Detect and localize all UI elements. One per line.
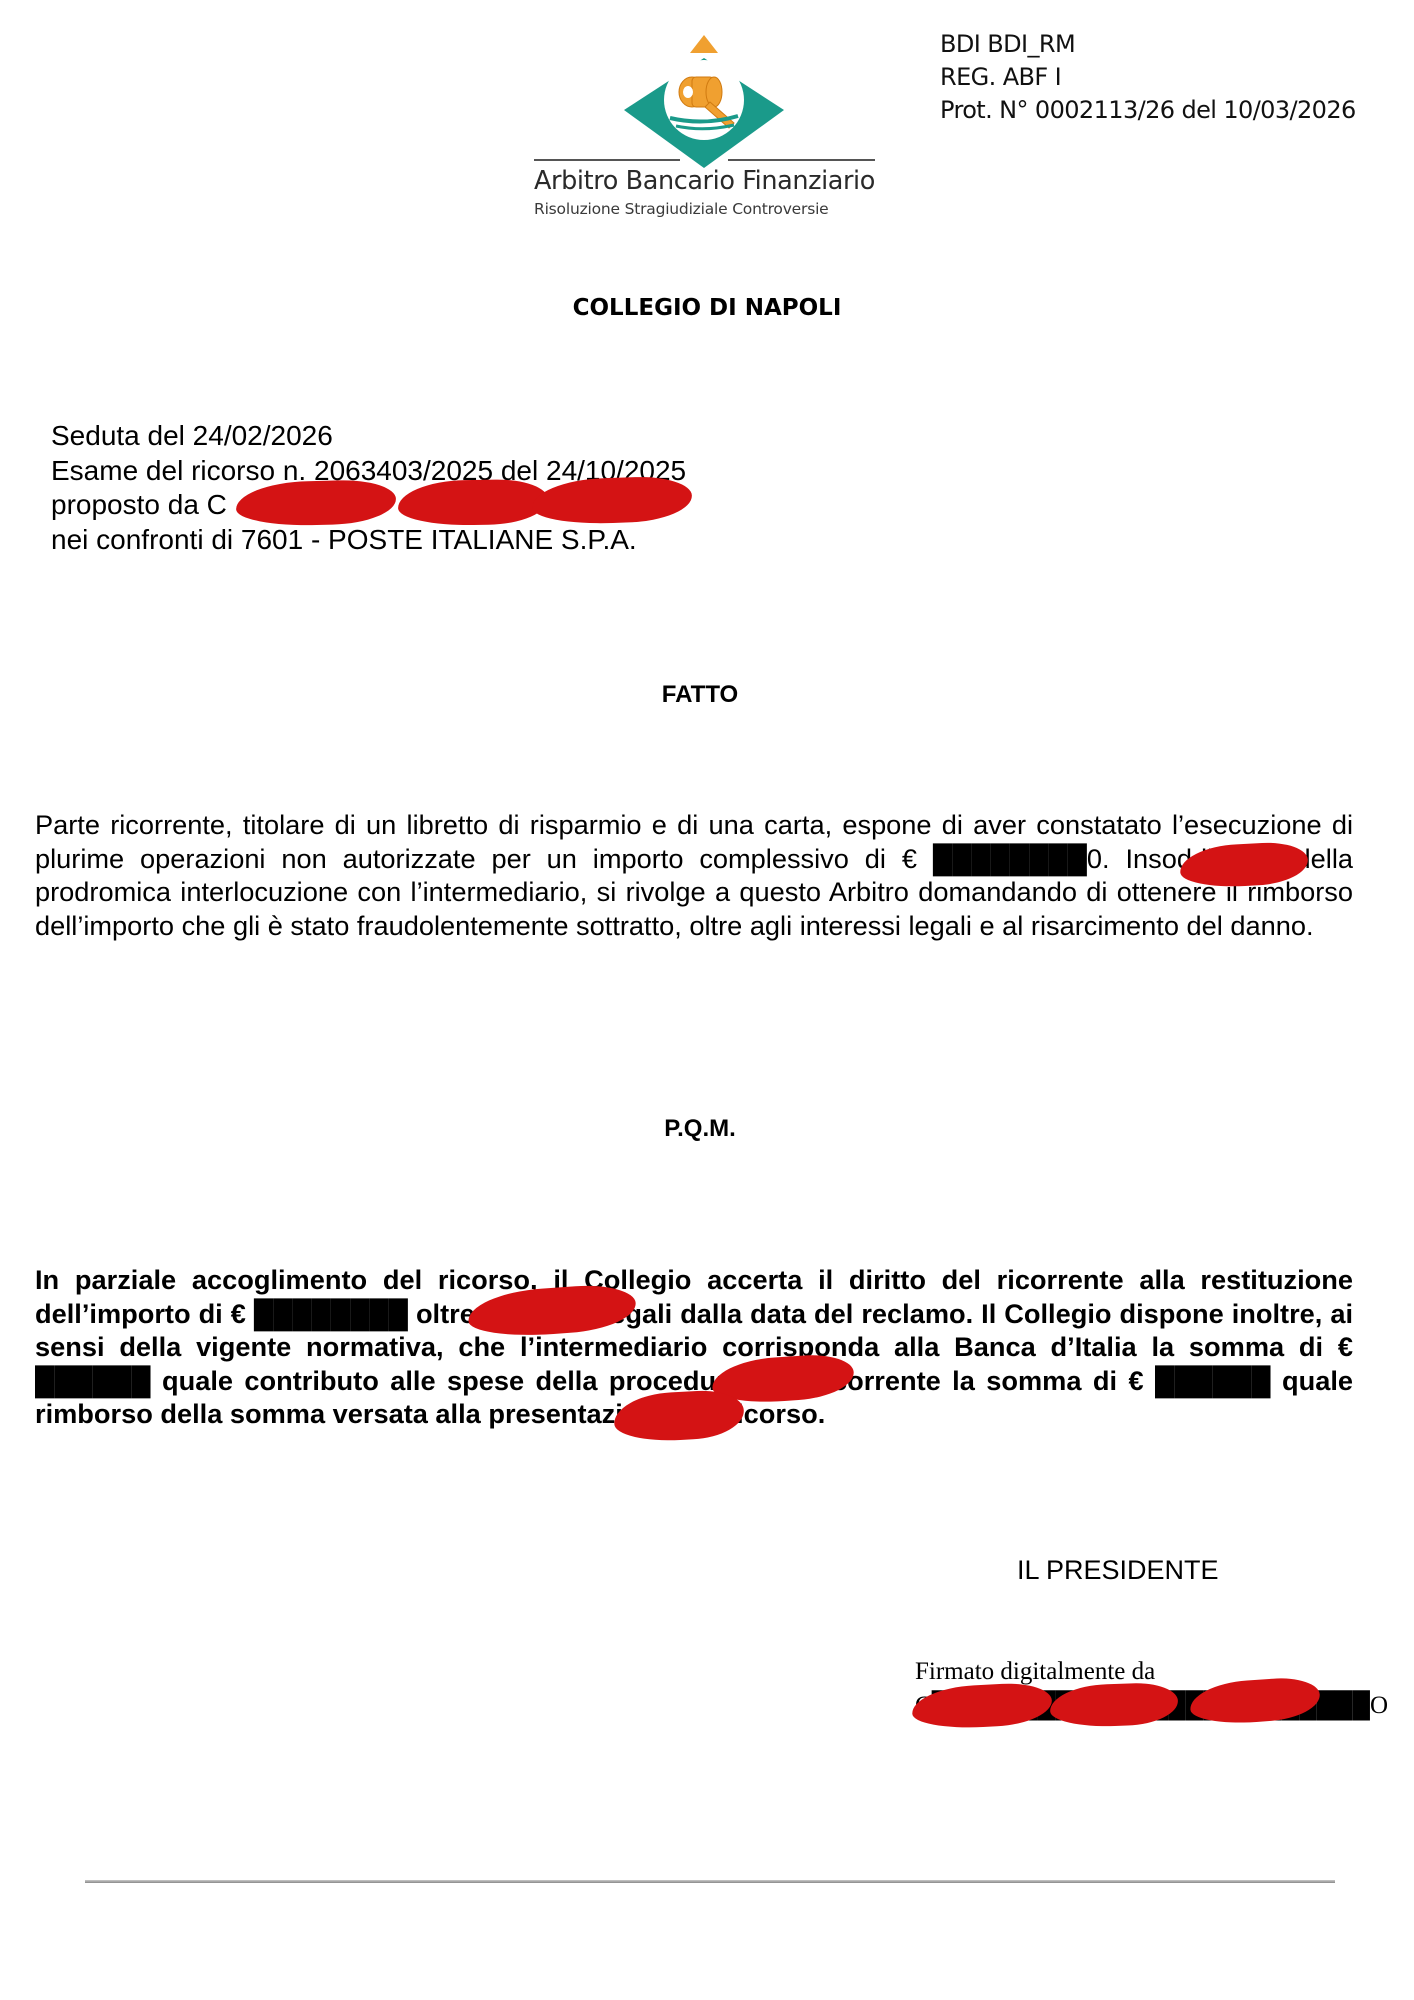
- section-title-fatto: FATTO: [0, 681, 1400, 709]
- redacted-amount: ████████: [254, 1298, 408, 1329]
- collegio-title: COLLEGIO DI NAPOLI: [0, 295, 1414, 321]
- abf-logo: Arbitro Bancario Finanziario Risoluzione…: [530, 30, 880, 225]
- protocol-line-2: REG. ABF I: [940, 61, 1356, 94]
- logo-subtitle: Risoluzione Stragiudiziale Controversie: [534, 200, 884, 218]
- session-date: Seduta del 24/02/2026: [51, 419, 686, 454]
- protocol-block: BDI BDI_RM REG. ABF I Prot. N° 0002113/2…: [940, 28, 1356, 127]
- section-title-pqm: P.Q.M.: [0, 1115, 1400, 1143]
- redaction-mark: [1049, 1682, 1178, 1728]
- protocol-number: Prot. N° 0002113/26 del 10/03/2026: [940, 94, 1356, 127]
- redacted-amount: ██████: [1155, 1365, 1271, 1396]
- redacted-amount: ██████: [35, 1365, 151, 1396]
- footer-divider: [85, 1880, 1335, 1883]
- protocol-line-1: BDI BDI_RM: [940, 28, 1356, 61]
- pqm-text-3: quale contributo alle spese della proced…: [151, 1365, 1155, 1396]
- fatto-paragraph: Parte ricorrente, titolare di un librett…: [35, 808, 1353, 942]
- redacted-amount: € ████████0.: [902, 843, 1126, 874]
- redaction-mark: [911, 1681, 1053, 1730]
- gavel-diamond-logo-icon: [530, 30, 880, 170]
- president-label: IL PRESIDENTE: [1017, 1555, 1219, 1586]
- logo-title: Arbitro Bancario Finanziario: [534, 166, 884, 196]
- digital-signature-label: Firmato digitalmente da: [915, 1658, 1155, 1686]
- respondent: nei confronti di 7601 - POSTE ITALIANE S…: [51, 523, 686, 558]
